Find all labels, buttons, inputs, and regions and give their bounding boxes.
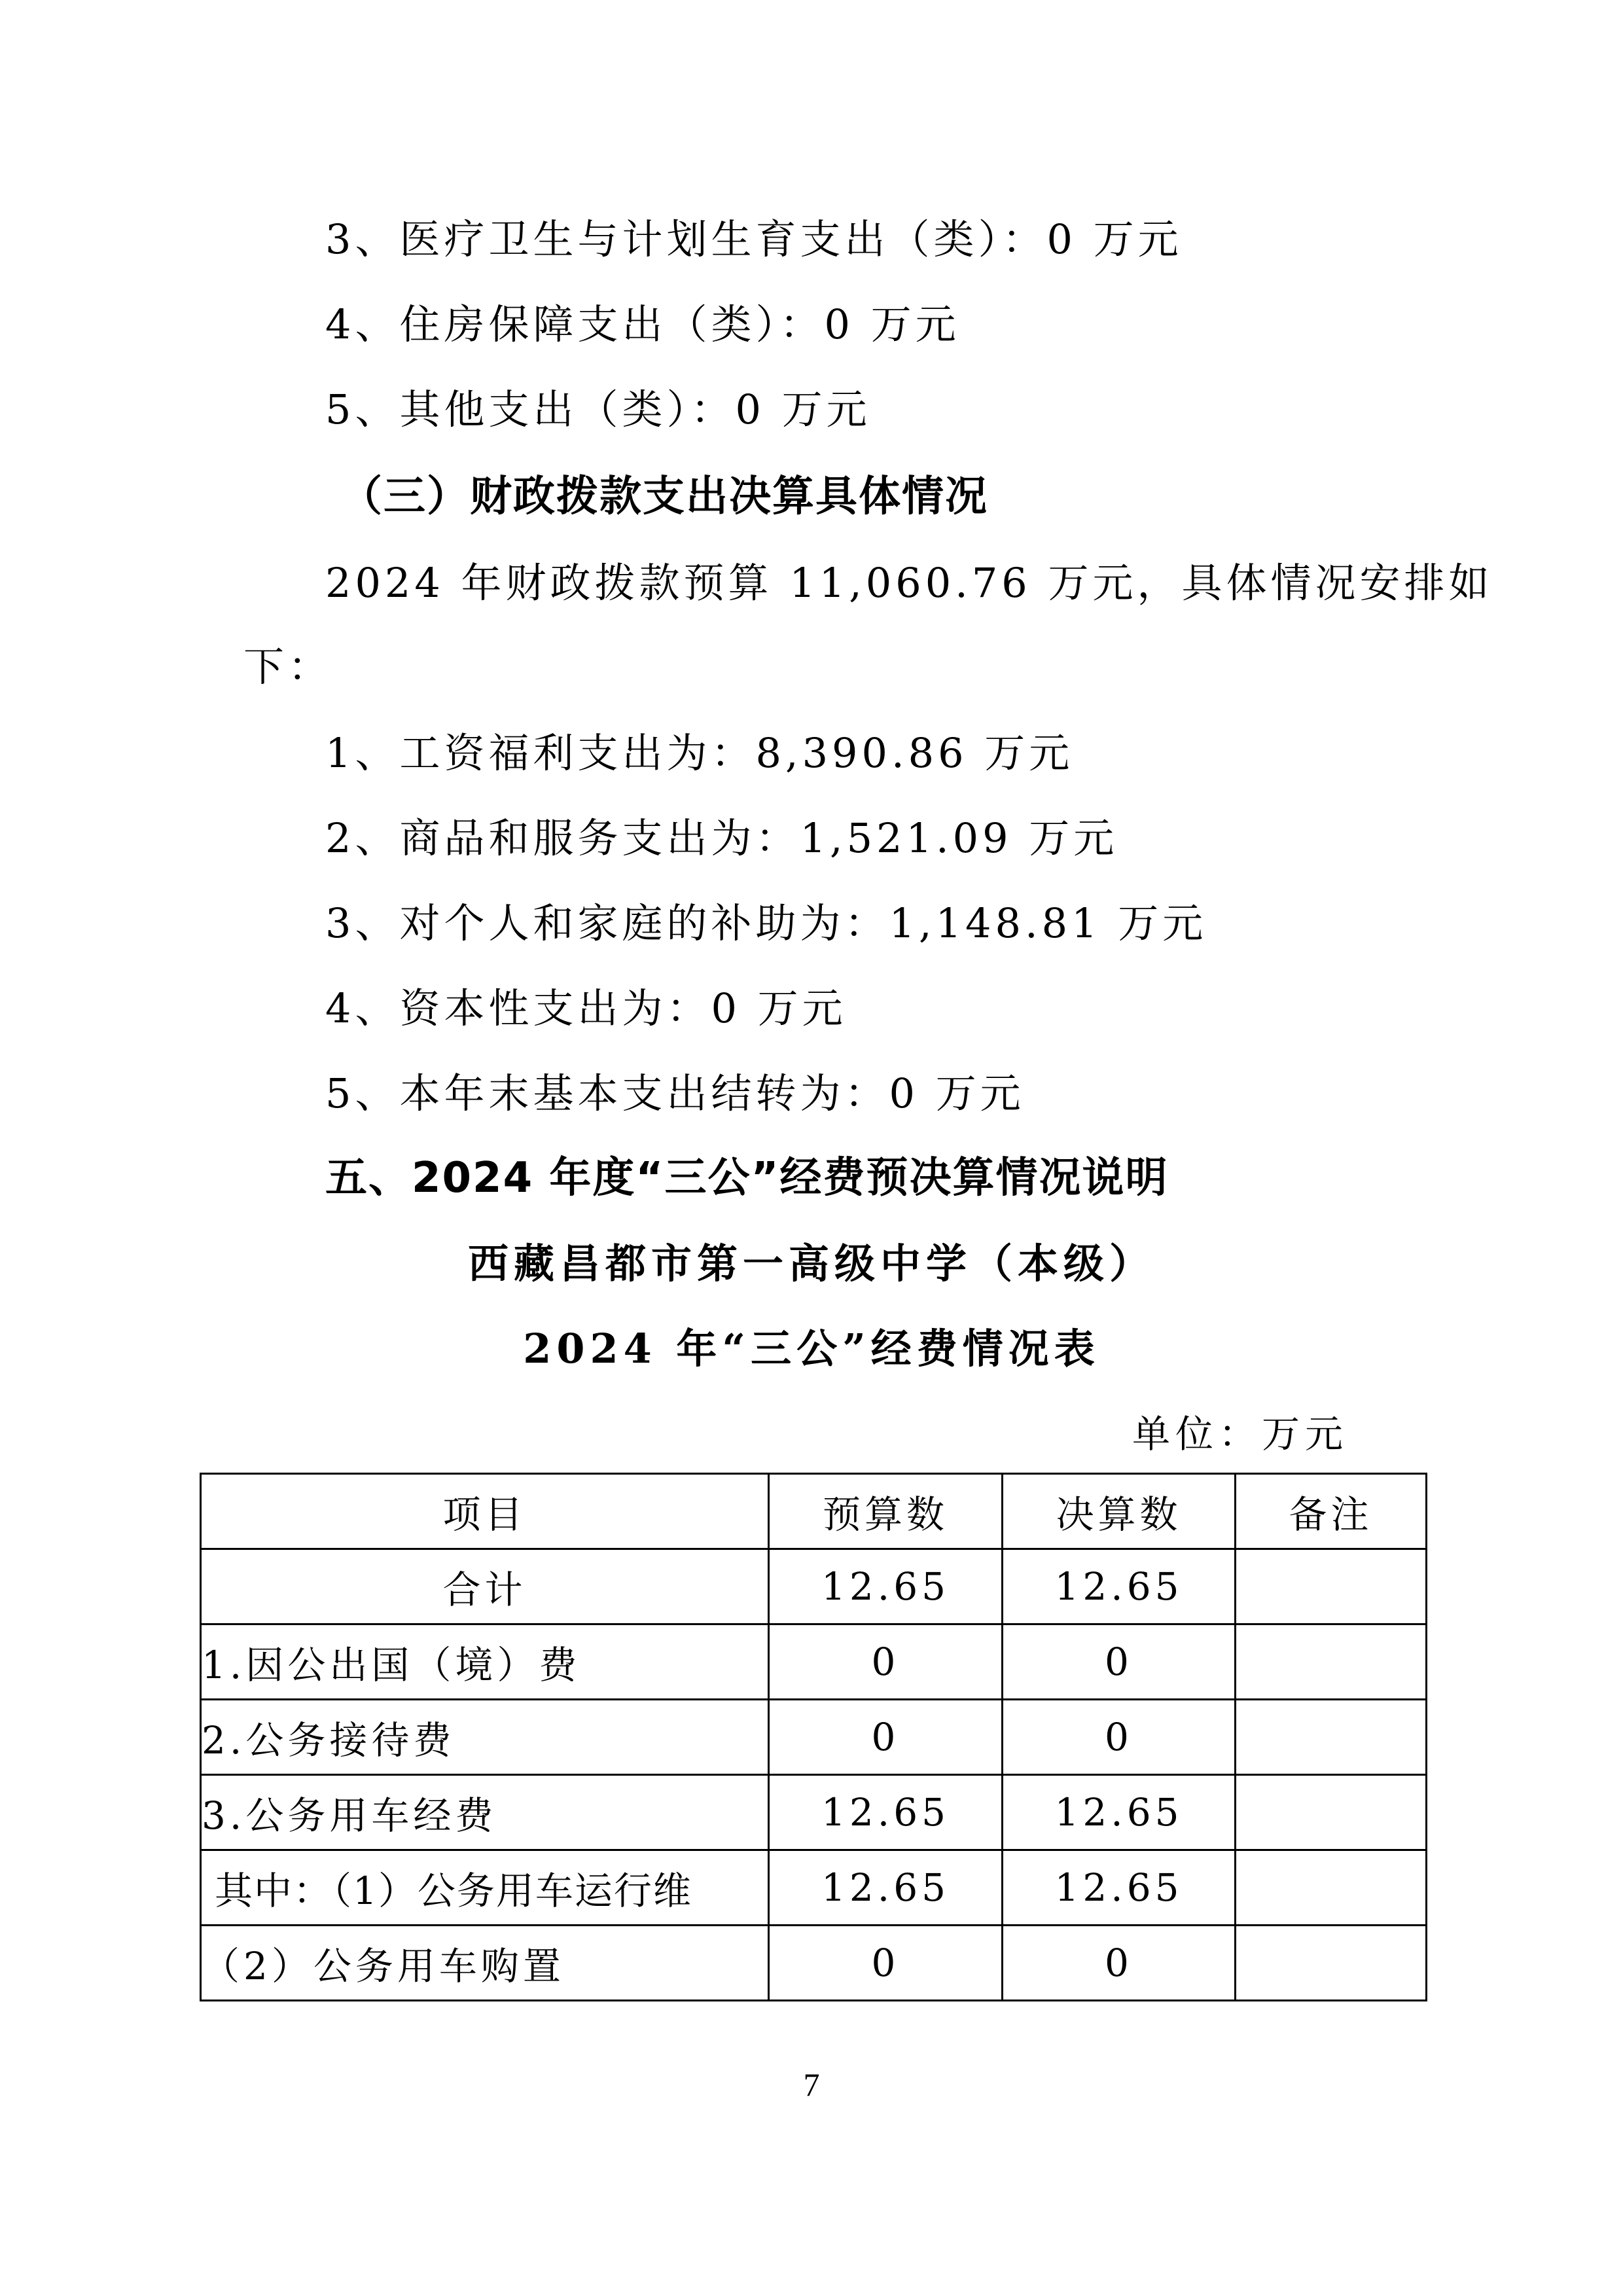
fiscal-budget-intro: 2024 年财政拨款预算 11,060.76 万元，具体情况安排如 bbox=[325, 563, 1493, 603]
table-title: 2024 年“三公”经费情况表 bbox=[0, 1329, 1623, 1369]
row-final: 12.65 bbox=[1003, 1850, 1236, 1926]
table-title-org: 西藏昌都市第一高级中学（本级） bbox=[0, 1244, 1623, 1284]
three-public-expense-table: 项目 预算数 决算数 备注 合计 12.65 12.65 1.因公出国（境）费 … bbox=[200, 1473, 1427, 2001]
header-item: 项目 bbox=[201, 1474, 769, 1549]
row-budget: 0 bbox=[769, 1926, 1003, 2001]
expense-item-housing: 4、住房保障支出（类）：0 万元 bbox=[325, 304, 960, 345]
row-budget: 12.65 bbox=[769, 1775, 1003, 1850]
table-row: 合计 12.65 12.65 bbox=[201, 1549, 1427, 1624]
fiscal-budget-intro-cont: 下： bbox=[243, 647, 332, 687]
table-row: 2.公务接待费 0 0 bbox=[201, 1700, 1427, 1775]
fiscal-item-household-subsidy: 3、对个人和家庭的补助为：1,148.81 万元 bbox=[325, 903, 1207, 944]
row-note bbox=[1236, 1624, 1427, 1700]
unit-label: 单位：万元 bbox=[1132, 1415, 1348, 1453]
table-row: 1.因公出国（境）费 0 0 bbox=[201, 1624, 1427, 1700]
row-budget: 0 bbox=[769, 1700, 1003, 1775]
expense-item-medical: 3、医疗卫生与计划生育支出（类）：0 万元 bbox=[325, 219, 1183, 260]
table-header-row: 项目 预算数 决算数 备注 bbox=[201, 1474, 1427, 1549]
expense-item-other: 5、其他支出（类）：0 万元 bbox=[325, 389, 871, 430]
row-note bbox=[1236, 1850, 1427, 1926]
header-budget: 预算数 bbox=[769, 1474, 1003, 1549]
row-item: 合计 bbox=[201, 1549, 769, 1624]
row-item: 1.因公出国（境）费 bbox=[201, 1624, 769, 1700]
row-note bbox=[1236, 1700, 1427, 1775]
section-heading-fiscal-expenditure: （三）财政拨款支出决算具体情况 bbox=[340, 476, 988, 518]
row-final: 12.65 bbox=[1003, 1549, 1236, 1624]
page-number: 7 bbox=[0, 2068, 1623, 2101]
row-item: 2.公务接待费 bbox=[201, 1700, 769, 1775]
section-heading-three-public: 五、2024 年度“三公”经费预决算情况说明 bbox=[325, 1157, 1169, 1199]
row-item: 3.公务用车经费 bbox=[201, 1775, 769, 1850]
table-row: 其中：（1）公务用车运行维 12.65 12.65 bbox=[201, 1850, 1427, 1926]
row-budget: 12.65 bbox=[769, 1549, 1003, 1624]
row-note bbox=[1236, 1549, 1427, 1624]
fiscal-item-carryover: 5、本年末基本支出结转为：0 万元 bbox=[325, 1073, 1025, 1114]
row-budget: 0 bbox=[769, 1624, 1003, 1700]
row-final: 0 bbox=[1003, 1700, 1236, 1775]
fiscal-item-goods-services: 2、商品和服务支出为：1,521.09 万元 bbox=[325, 818, 1118, 859]
row-note bbox=[1236, 1775, 1427, 1850]
row-final: 0 bbox=[1003, 1926, 1236, 2001]
table-row: 3.公务用车经费 12.65 12.65 bbox=[201, 1775, 1427, 1850]
table-row: （2）公务用车购置 0 0 bbox=[201, 1926, 1427, 2001]
header-final: 决算数 bbox=[1003, 1474, 1236, 1549]
row-final: 0 bbox=[1003, 1624, 1236, 1700]
fiscal-item-capital: 4、资本性支出为：0 万元 bbox=[325, 988, 847, 1029]
row-item: （2）公务用车购置 bbox=[201, 1926, 769, 2001]
row-item: 其中：（1）公务用车运行维 bbox=[201, 1850, 769, 1926]
header-note: 备注 bbox=[1236, 1474, 1427, 1549]
row-note bbox=[1236, 1926, 1427, 2001]
row-budget: 12.65 bbox=[769, 1850, 1003, 1926]
fiscal-item-salary: 1、工资福利支出为：8,390.86 万元 bbox=[325, 733, 1073, 774]
row-final: 12.65 bbox=[1003, 1775, 1236, 1850]
